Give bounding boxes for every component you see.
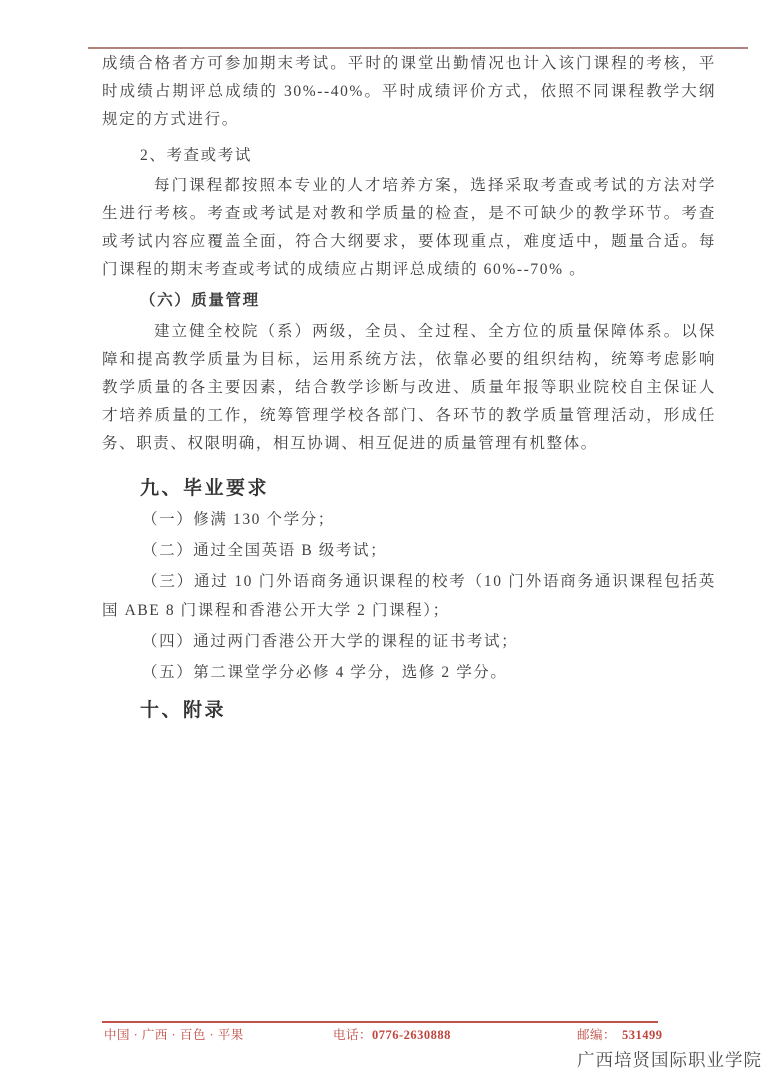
heading-assessment-or-exam: 2、考查或考试 [102, 145, 754, 167]
list-item-english-exam: （二）通过全国英语 B 级考试； [102, 536, 716, 565]
footer-postcode-number: 531499 [622, 1028, 663, 1042]
footer-phone-number: 0776-2630888 [372, 1028, 451, 1042]
footer-phone-label: 电话： [333, 1028, 372, 1042]
list-item-second-classroom: （五）第二课堂学分必修 4 学分，选修 2 学分。 [102, 658, 716, 687]
footer-phone: 电话：0776-2630888 [333, 1027, 451, 1043]
heading-quality-management: （六）质量管理 [102, 290, 754, 312]
paragraph-assessment: 每门课程都按照本专业的人才培养方案，选择采取考查或考试的方法对学生进行考核。考查… [102, 172, 716, 284]
list-item-credits: （一）修满 130 个学分； [102, 505, 716, 534]
footer-location: 中国 · 广西 · 百色 · 平果 [104, 1027, 244, 1043]
footer-postcode-label: 邮编： [577, 1028, 616, 1042]
footer-rule [102, 1021, 658, 1023]
header-rule [88, 47, 748, 49]
list-item-school-exams: （三）通过 10 门外语商务通识课程的校考（10 门外语商务通识课程包括英国 A… [102, 567, 716, 625]
college-name: 广西培贤国际职业学院 [577, 1047, 762, 1072]
heading-graduation-requirements: 九、毕业要求 [102, 473, 754, 500]
footer-postcode: 邮编：531499 [577, 1027, 663, 1043]
heading-appendix: 十、附录 [102, 695, 754, 722]
graduation-requirements-list: （一）修满 130 个学分； （二）通过全国英语 B 级考试； （三）通过 10… [102, 505, 716, 689]
list-item-certificate-exams: （四）通过两门香港公开大学的课程的证书考试； [102, 627, 716, 656]
paragraph-quality-management: 建立健全校院（系）两级，全员、全过程、全方位的质量保障体系。以保障和提高教学质量… [102, 318, 716, 458]
document-page: 成绩合格者方可参加期末考试。平时的课堂出勤情况也计入该门课程的考核，平时成绩占期… [0, 0, 763, 1080]
paragraph-exam-scores: 成绩合格者方可参加期末考试。平时的课堂出勤情况也计入该门课程的考核，平时成绩占期… [102, 50, 716, 134]
